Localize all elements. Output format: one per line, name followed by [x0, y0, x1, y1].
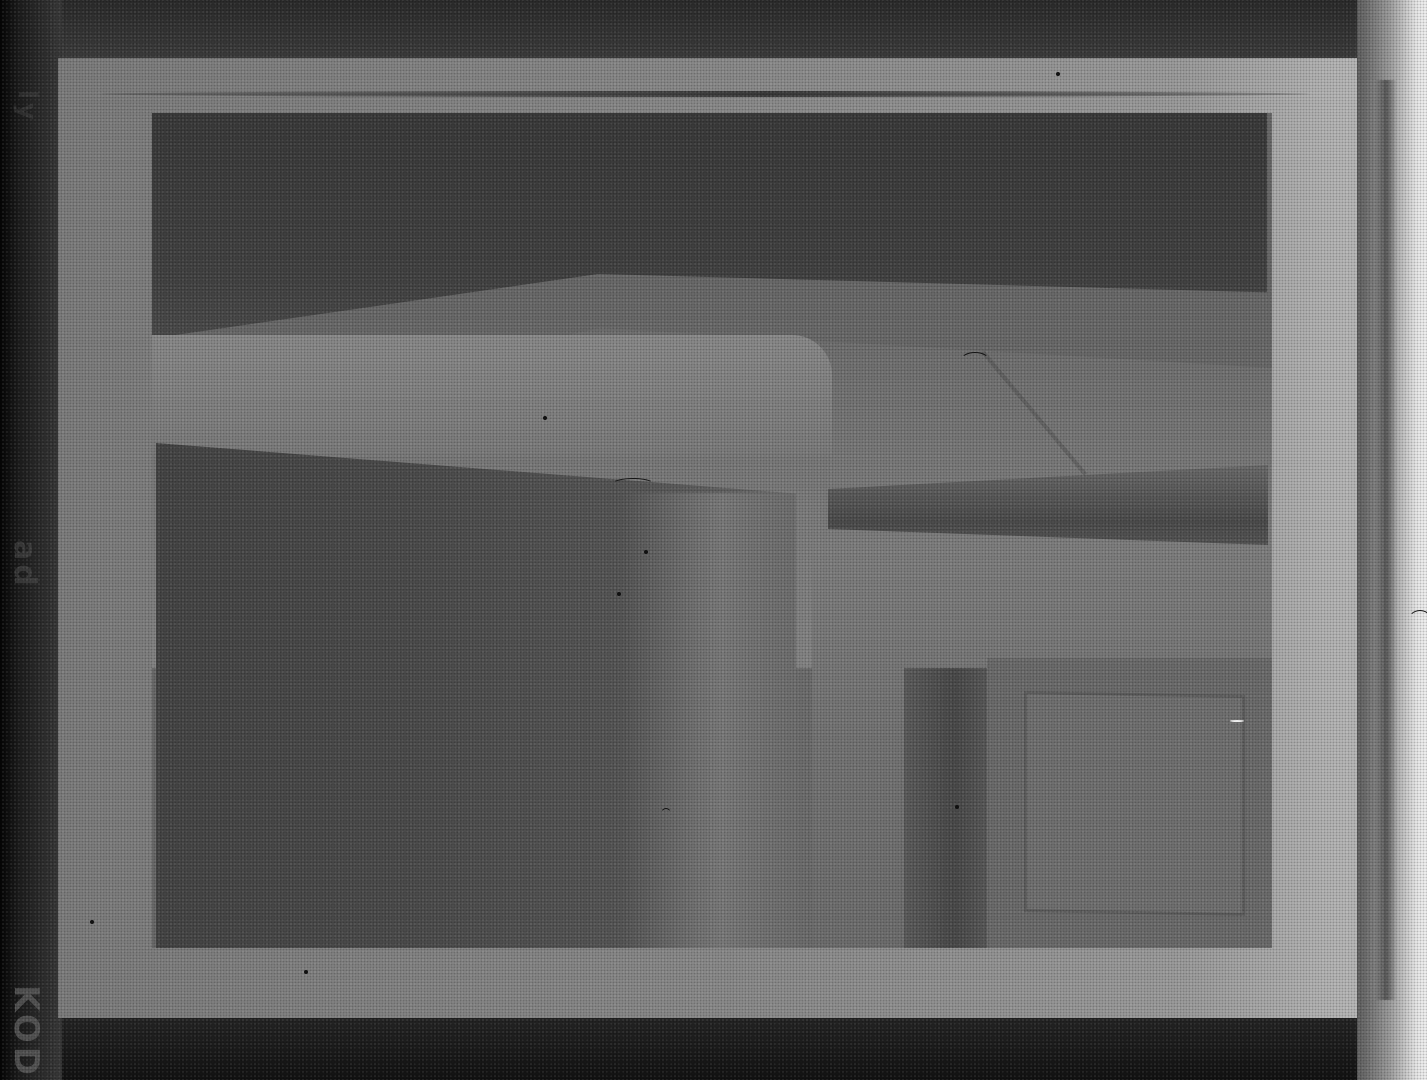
top-rebate-band [0, 0, 1427, 58]
window-dark-area [152, 113, 1267, 343]
edge-marking-kodak: KOD [6, 985, 46, 1079]
frame-image [152, 113, 1272, 948]
bottom-rebate-band [0, 1018, 1427, 1080]
dust-speck [304, 970, 308, 974]
dust-speck [543, 416, 547, 420]
dark-post [904, 668, 989, 948]
border-scratch [100, 91, 1310, 97]
hair-fiber [612, 478, 654, 490]
right-edge-band [1375, 80, 1397, 1000]
dust-speck [1056, 72, 1060, 76]
dust-speck [955, 805, 959, 809]
left-rebate-edge: ly ad KOD [0, 0, 62, 1080]
edge-marking-top: ly [12, 90, 42, 124]
scratch-mark [1230, 720, 1244, 722]
picture-frame-inner [1024, 691, 1245, 916]
edge-marking-mid: ad [7, 540, 42, 590]
hair-fiber [660, 808, 672, 824]
light-column [622, 493, 822, 948]
hair-fiber [1408, 610, 1427, 632]
film-negative: ly ad KOD [0, 0, 1427, 1080]
ledge [152, 335, 832, 455]
hair-fiber [960, 352, 990, 370]
dust-speck [644, 550, 648, 554]
dust-speck [90, 920, 94, 924]
dust-speck [617, 592, 621, 596]
